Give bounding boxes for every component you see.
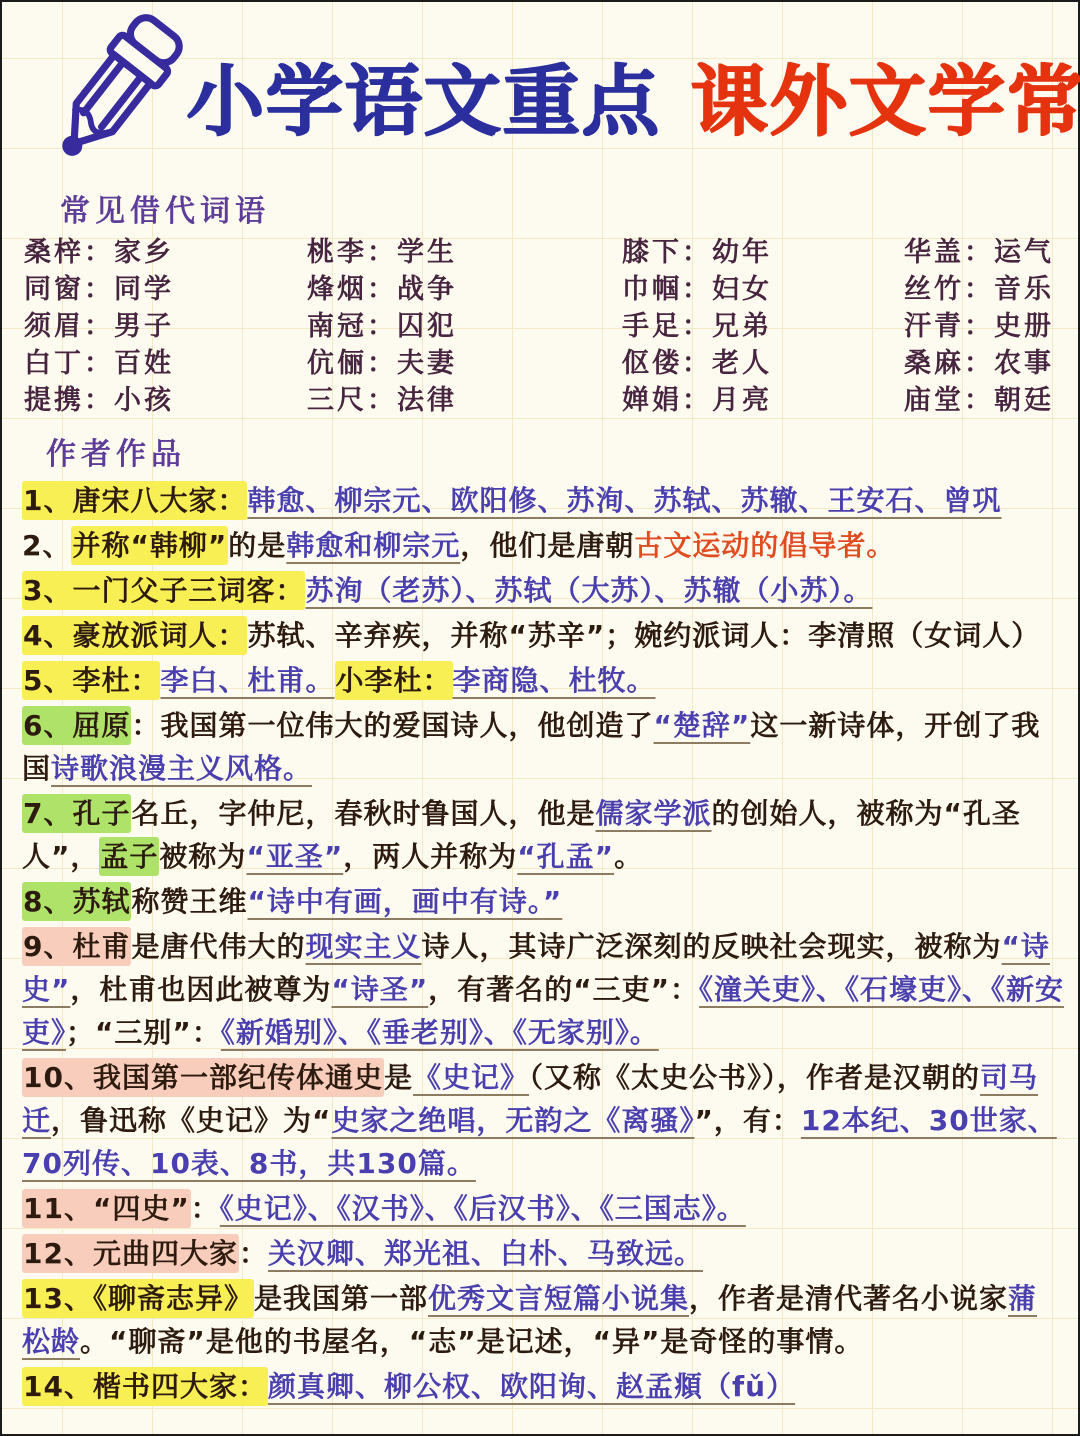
text-segment: 。: [614, 840, 643, 873]
text-segment: 4、豪放派词人：: [22, 616, 247, 655]
text-segment: 9、杜甫: [22, 927, 131, 966]
text-segment: 称赞王维: [131, 885, 247, 918]
text-segment: 关汉卿、郑光祖、白朴、马致远。: [268, 1237, 703, 1270]
metonymy-cell: 提携：小孩: [24, 386, 307, 415]
metonymy-cell: 伉俪：夫妻: [307, 349, 622, 378]
metonymy-cell: 华盖：运气: [904, 238, 1066, 267]
list-item: 2、并称“韩柳”的是韩愈和柳宗元，他们是唐朝古文运动的倡导者。: [22, 524, 1066, 567]
text-segment: 名丘，字仲尼，春秋时鲁国人，他是: [131, 797, 595, 830]
text-segment: ：: [239, 1237, 268, 1270]
list-item: 14、楷书四大家：颜真卿、柳公权、欧阳询、赵孟頫（fǔ）: [22, 1365, 1066, 1408]
text-segment: 6、屈原: [22, 706, 131, 745]
text-segment: 小李杜：: [335, 661, 453, 700]
text-segment: 孟子: [99, 837, 159, 876]
metonymy-cell: 桑麻：农事: [904, 349, 1066, 378]
authors-list: 1、唐宋八大家：韩愈、柳宗元、欧阳修、苏洵、苏轼、苏辙、王安石、曾巩2、并称“韩…: [22, 479, 1066, 1408]
list-item: 7、孔子名丘，字仲尼，春秋时鲁国人，他是儒家学派的创始人，被称为“孔圣人”，孟子…: [22, 792, 1066, 878]
text-segment: 是我国第一部: [254, 1282, 428, 1315]
text-segment: ：我国第一位伟大的爱国诗人，他创造了: [131, 709, 653, 742]
pencil-icon: [22, 7, 202, 183]
list-item: 6、屈原：我国第一位伟大的爱国诗人，他创造了“楚辞”这一新诗体，开创了我国诗歌浪…: [22, 704, 1066, 790]
metonymy-cell: 汗青：史册: [904, 312, 1066, 341]
text-segment: 10、我国第一部纪传体通史: [22, 1058, 384, 1097]
text-segment: “楚辞”: [654, 709, 751, 742]
metonymy-cell: 庙堂：朝廷: [904, 386, 1066, 415]
text-segment: 李商隐、杜牧。: [453, 664, 656, 697]
text-segment: ，作者是清代著名小说家: [689, 1282, 1008, 1315]
text-segment: 1、唐宋八大家：: [22, 481, 247, 520]
metonymy-section: 常见借代词语 桑梓：家乡桃李：学生膝下：幼年华盖：运气同窗：同学烽烟：战争巾帼：…: [22, 186, 1066, 415]
metonymy-cell: 同窗：同学: [24, 275, 307, 304]
text-segment: 11、“四史”: [22, 1189, 191, 1228]
metonymy-cell: 须眉：男子: [24, 312, 307, 341]
text-segment: 8、苏轼: [22, 882, 131, 921]
metonymy-cell: 丝竹：音乐: [904, 275, 1066, 304]
metonymy-cell: 巾帼：妇女: [622, 275, 904, 304]
text-segment: 现实主义: [306, 930, 422, 963]
metonymy-cell: 三尺：法律: [307, 386, 622, 415]
metonymy-cell: 婵娟：月亮: [622, 386, 904, 415]
text-segment: 韩愈、柳宗元、欧阳修、苏洵、苏轼、苏辙、王安石、曾巩: [247, 484, 1001, 517]
text-segment: 被称为: [159, 840, 246, 873]
text-segment: 颜真卿、柳公权、欧阳询、赵孟頫（fǔ）: [268, 1370, 795, 1403]
text-segment: 是: [384, 1061, 413, 1094]
metonymy-cell: 桃李：学生: [307, 238, 622, 267]
text-segment: 14、楷书四大家：: [22, 1367, 268, 1406]
text-segment: ，两人并称为: [343, 840, 517, 873]
text-segment: 13、《聊斋志异》: [22, 1279, 254, 1318]
text-segment: ”，有：: [694, 1104, 800, 1137]
text-segment: “亚圣”: [246, 840, 343, 873]
text-segment: 优秀文言短篇小说集: [428, 1282, 689, 1315]
page-title-primary: 小学语文重点: [186, 40, 660, 151]
text-segment: 3、一门父子三词客：: [22, 571, 305, 610]
text-segment: 的是: [228, 529, 286, 562]
text-segment: 《史记》、《汉书》、《后汉书》、《三国志》。: [220, 1192, 746, 1225]
list-item: 10、我国第一部纪传体通史是《史记》（又称《太史公书》），作者是汉朝的司马迁，鲁…: [22, 1056, 1066, 1185]
list-item: 11、“四史”：《史记》、《汉书》、《后汉书》、《三国志》。: [22, 1187, 1066, 1230]
text-segment: 并称“韩柳”: [71, 526, 228, 565]
list-item: 1、唐宋八大家：韩愈、柳宗元、欧阳修、苏洵、苏轼、苏辙、王安石、曾巩: [22, 479, 1066, 522]
section-heading-authors: 作者作品: [46, 429, 1066, 473]
metonymy-cell: 烽烟：战争: [307, 275, 622, 304]
metonymy-cell: 手足：兄弟: [622, 312, 904, 341]
text-segment: 诗歌浪漫主义风格。: [51, 752, 312, 785]
metonymy-cell: 南冠：囚犯: [307, 312, 622, 341]
text-segment: 李白、杜甫。: [160, 664, 334, 697]
text-segment: 苏洵（老苏）、苏轼（大苏）、苏辙（小苏）。: [305, 574, 872, 607]
text-segment: 诗人，其诗广泛深刻的反映社会现实，被称为: [422, 930, 1002, 963]
text-segment: 。“聊斋”是他的书屋名，“志”是记述，“异”是奇怪的事情。: [80, 1325, 863, 1358]
text-segment: “诗中有画，画中有诗。”: [248, 885, 563, 918]
metonymy-cell: 桑梓：家乡: [24, 238, 307, 267]
text-segment: “诗圣”: [331, 973, 428, 1006]
text-segment: 苏轼、辛弃疾，并称“苏辛”；婉约派词人：李清照（女词人）: [247, 619, 1040, 652]
text-segment: ，杜甫也因此被尊为: [70, 973, 331, 1006]
authors-section: 作者作品 1、唐宋八大家：韩愈、柳宗元、欧阳修、苏洵、苏轼、苏辙、王安石、曾巩2…: [22, 429, 1066, 1408]
text-segment: （又称《太史公书》），作者是汉朝的: [529, 1061, 980, 1094]
text-segment: 5、李杜：: [22, 661, 160, 700]
text-segment: 韩愈和柳宗元: [286, 529, 460, 562]
page-title: 小学语文重点 课外文学常识: [186, 40, 1080, 151]
list-item: 13、《聊斋志异》是我国第一部优秀文言短篇小说集，作者是清代著名小说家蒲松龄。“…: [22, 1277, 1066, 1363]
text-segment: ：: [191, 1192, 220, 1225]
section-heading-metonymy: 常见借代词语: [60, 186, 1066, 230]
text-segment: “孔孟”: [517, 840, 614, 873]
text-segment: ；“三别”：: [66, 1016, 221, 1049]
text-segment: ，鲁迅称《史记》为“: [51, 1104, 331, 1137]
list-item: 8、苏轼称赞王维“诗中有画，画中有诗。”: [22, 880, 1066, 923]
page-title-secondary: 课外文学常识: [690, 40, 1080, 151]
text-segment: ，有著名的“三吏”：: [428, 973, 699, 1006]
text-segment: 7、孔子: [22, 794, 131, 833]
text-segment: 史家之绝唱，无韵之《离骚》: [331, 1104, 694, 1137]
text-segment: 儒家学派: [596, 797, 712, 830]
metonymy-cell: 白丁：百姓: [24, 349, 307, 378]
metonymy-table: 桑梓：家乡桃李：学生膝下：幼年华盖：运气同窗：同学烽烟：战争巾帼：妇女丝竹：音乐…: [24, 238, 1066, 415]
text-segment: 古文运动的倡导者。: [634, 529, 895, 562]
list-item: 3、一门父子三词客：苏洵（老苏）、苏轼（大苏）、苏辙（小苏）。: [22, 569, 1066, 612]
text-segment: 《新婚别》、《垂老别》、《无家别》。: [221, 1016, 659, 1049]
text-segment: ，他们是唐朝: [460, 529, 634, 562]
text-segment: 是唐代伟大的: [131, 930, 305, 963]
text-segment: 2、: [22, 529, 71, 562]
list-item: 12、元曲四大家：关汉卿、郑光祖、白朴、马致远。: [22, 1232, 1066, 1275]
list-item: 9、杜甫是唐代伟大的现实主义诗人，其诗广泛深刻的反映社会现实，被称为“诗史”，杜…: [22, 925, 1066, 1054]
header: 小学语文重点 课外文学常识: [22, 6, 1066, 184]
page: 小学语文重点 课外文学常识 常见借代词语 桑梓：家乡桃李：学生膝下：幼年华盖：运…: [0, 0, 1080, 1436]
metonymy-cell: 膝下：幼年: [622, 238, 904, 267]
text-segment: 《史记》: [413, 1061, 529, 1094]
list-item: 4、豪放派词人：苏轼、辛弃疾，并称“苏辛”；婉约派词人：李清照（女词人）: [22, 614, 1066, 657]
list-item: 5、李杜：李白、杜甫。小李杜：李商隐、杜牧。: [22, 659, 1066, 702]
text-segment: 12、元曲四大家: [22, 1234, 239, 1273]
metonymy-cell: 伛偻：老人: [622, 349, 904, 378]
